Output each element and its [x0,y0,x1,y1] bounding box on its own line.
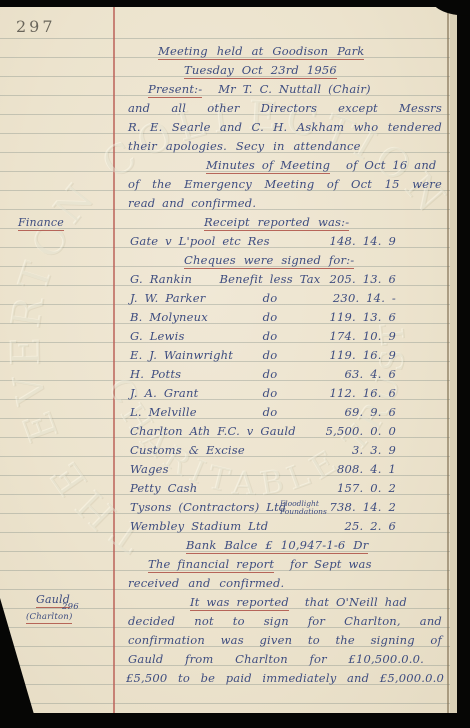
minutes-confirmation-line: Minutes of Meeting of Oct 16 and [206,156,437,175]
meeting-title: Meeting held at Goodison Park [158,44,364,60]
amount: 157. 0. 2 [337,479,396,498]
meeting-date-line: Tuesday Oct 23rd 1956 [184,61,337,80]
cheque-row: J. W. Parker do 230. 14. - [130,289,452,308]
minutes-confirmation-line: of the Emergency Meeting of Oct 15 were [128,175,442,194]
cheque-row: Charlton Ath F.C. v Gauld 5,500. 0. 0 [130,422,452,441]
cheque-row: L. Melville do 69. 9. 6 [130,403,452,422]
gauld-heading: It was reported [190,595,289,611]
background-right [457,0,470,728]
amount: 25. 2. 6 [345,517,397,536]
payee: Charlton Ath F.C. v Gauld [130,424,296,438]
cheque-row: E. J. Wainwright do 119. 16. 9 [130,346,452,365]
bank-balance: Bank Balce £ 10,947-1-6 Dr [186,538,368,554]
amount: 808. 4. 1 [337,460,396,479]
gauld-line: £5,500 to be paid immediately and £5,000… [126,669,444,688]
cheque-row: J. A. Grant do 112. 16. 6 [130,384,452,403]
amount: 119. 13. 6 [329,308,396,327]
present-chairman: Mr T. C. Nuttall (Chair) [218,82,371,96]
purpose: do [215,289,325,308]
purpose: Benefit less Tax [215,270,325,289]
cheque-row: Wembley Stadium Ltd 25. 2. 6 [130,517,452,536]
payee: H. Potts [130,367,181,381]
present-line: Present:- Mr T. C. Nuttall (Chair) [148,80,371,99]
amount: 3. 3. 9 [352,441,396,460]
next-page-edge [450,7,457,714]
minutes-confirmation-line: read and confirmed. [128,194,256,213]
financial-report-line: The financial report for Sept was [148,555,372,574]
amount: 738. 14. 2 [329,498,396,517]
cheque-row: G. Rankin Benefit less Tax 205. 13. 6 [130,270,452,289]
cheque-row: G. Lewis do 174. 10. 9 [130,327,452,346]
financial-report-rest: for Sept was [290,557,372,571]
minutes-heading: Minutes of Meeting [206,158,330,174]
finance-label: Finance [18,216,64,231]
payee: Petty Cash [130,481,197,495]
payee: Wembley Stadium Ltd [130,519,268,533]
amount: 112. 16. 6 [329,384,396,403]
gauld-line: It was reported that O'Neill had [190,593,407,612]
present-label: Present:- [148,82,202,98]
cheque-row: Tysons (Contractors) Ltd Floodlight Foun… [130,498,452,517]
cheque-row: B. Molyneux do 119. 13. 6 [130,308,452,327]
gauld-line: decided not to sign for Charlton, and [128,612,442,631]
attendance-line: and all other Directors except Messrs [128,99,442,118]
meeting-title-line: Meeting held at Goodison Park [158,42,394,61]
attendance-line: R. E. Searle and C. H. Askham who tender… [128,118,442,137]
margin-note-gauld-sub: (Charlton) [26,612,72,623]
gauld-line: Gauld from Charlton for £10,500.0.0. [128,650,424,669]
cheque-row: H. Potts do 63. 4. 6 [130,365,452,384]
purpose: do [215,365,325,384]
payee: J. A. Grant [130,386,198,400]
gauld-rest: that O'Neill had [305,595,407,609]
amount: 69. 9. 6 [345,403,397,422]
payee: Wages [130,462,169,476]
receipt-amount: 148. 14. 9 [329,232,396,251]
payee: J. W. Parker [130,291,205,305]
gauld-line: confirmation was given to the signing of [128,631,442,650]
receipts-heading-line: Receipt reported was:- [204,213,349,232]
charlton-label: (Charlton) [26,612,72,624]
payee: G. Lewis [130,329,185,343]
financial-report-heading: The financial report [148,557,274,573]
amount: 174. 10. 9 [329,327,396,346]
page-number-stamp: 297 [16,17,56,36]
purpose: do [215,346,325,365]
cheque-row: Wages 808. 4. 1 [130,460,452,479]
amount: 63. 4. 6 [345,365,397,384]
cheques-heading-line: Cheques were signed for:- [184,251,354,270]
amount: 119. 16. 9 [329,346,396,365]
attendance-line: their apologies. Secy in attendance [128,137,361,156]
red-margin-rule [113,7,115,714]
amount: 230. 14. - [333,289,396,308]
payee: L. Melville [130,405,197,419]
purpose: do [215,384,325,403]
amount: 205. 13. 6 [329,270,396,289]
cheque-row: Petty Cash 157. 0. 2 [130,479,452,498]
receipts-heading: Receipt reported was:- [204,215,349,231]
cheques-heading: Cheques were signed for:- [184,253,354,269]
minute-book-page: THE EVERTON COLLECTION CHARITABLE TRUST … [0,0,470,728]
margin-note-finance: Finance [18,213,64,232]
receipt-row: Gate v L'pool etc Res 148. 14. 9 [130,232,452,251]
amount: 5,500. 0. 0 [326,422,396,441]
purpose: do [215,403,325,422]
receipt-label: Gate v L'pool etc Res [130,234,270,248]
background-bottom [0,713,470,728]
payee: B. Molyneux [130,310,208,324]
payee: Customs & Excise [130,443,245,457]
background-top [0,0,470,7]
meeting-date: Tuesday Oct 23rd 1956 [184,63,337,79]
cheque-row: Customs & Excise 3. 3. 9 [130,441,452,460]
minutes-rest: of Oct 16 and [346,158,437,172]
bank-balance-line: Bank Balce £ 10,947-1-6 Dr [186,536,368,555]
purpose: do [215,308,325,327]
payee: G. Rankin [130,272,192,286]
purpose: do [215,327,325,346]
financial-report-line: received and confirmed. [128,574,284,593]
payee: Tysons (Contractors) Ltd [130,500,287,514]
